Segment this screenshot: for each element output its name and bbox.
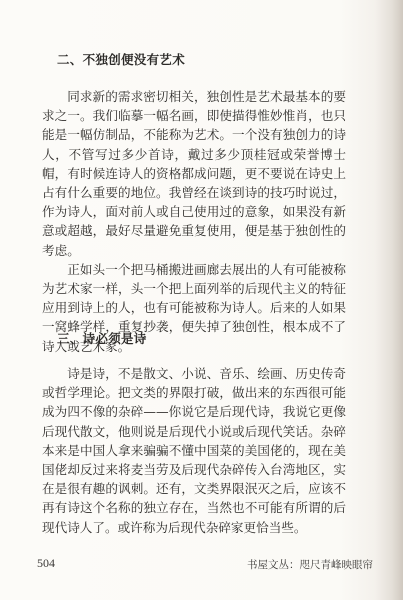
running-footer-title: 书屋文丛：咫尺青峰映眼帘: [247, 557, 373, 572]
section-3-body: 诗是诗，不是散文、小说、音乐、绘画、历史传奇或哲学理论。把文类的界限打破，做出来…: [42, 364, 346, 537]
section-heading-3: 三、诗必须是诗: [57, 329, 147, 347]
page-number: 504: [37, 556, 55, 571]
section-heading-2: 二、不独创便没有艺术: [57, 50, 185, 68]
book-page: 二、不独创便没有艺术 同求新的需求密切相关，独创性是艺术最基本的要求之一。我们临…: [0, 0, 403, 600]
section-2-body: 同求新的需求密切相关，独创性是艺术最基本的要求之一。我们临摹一幅名画，即使描得惟…: [42, 87, 346, 356]
paragraph: 同求新的需求密切相关，独创性是艺术最基本的要求之一。我们临摹一幅名画，即使描得惟…: [42, 87, 346, 260]
paragraph: 诗是诗，不是散文、小说、音乐、绘画、历史传奇或哲学理论。把文类的界限打破，做出来…: [42, 364, 346, 537]
